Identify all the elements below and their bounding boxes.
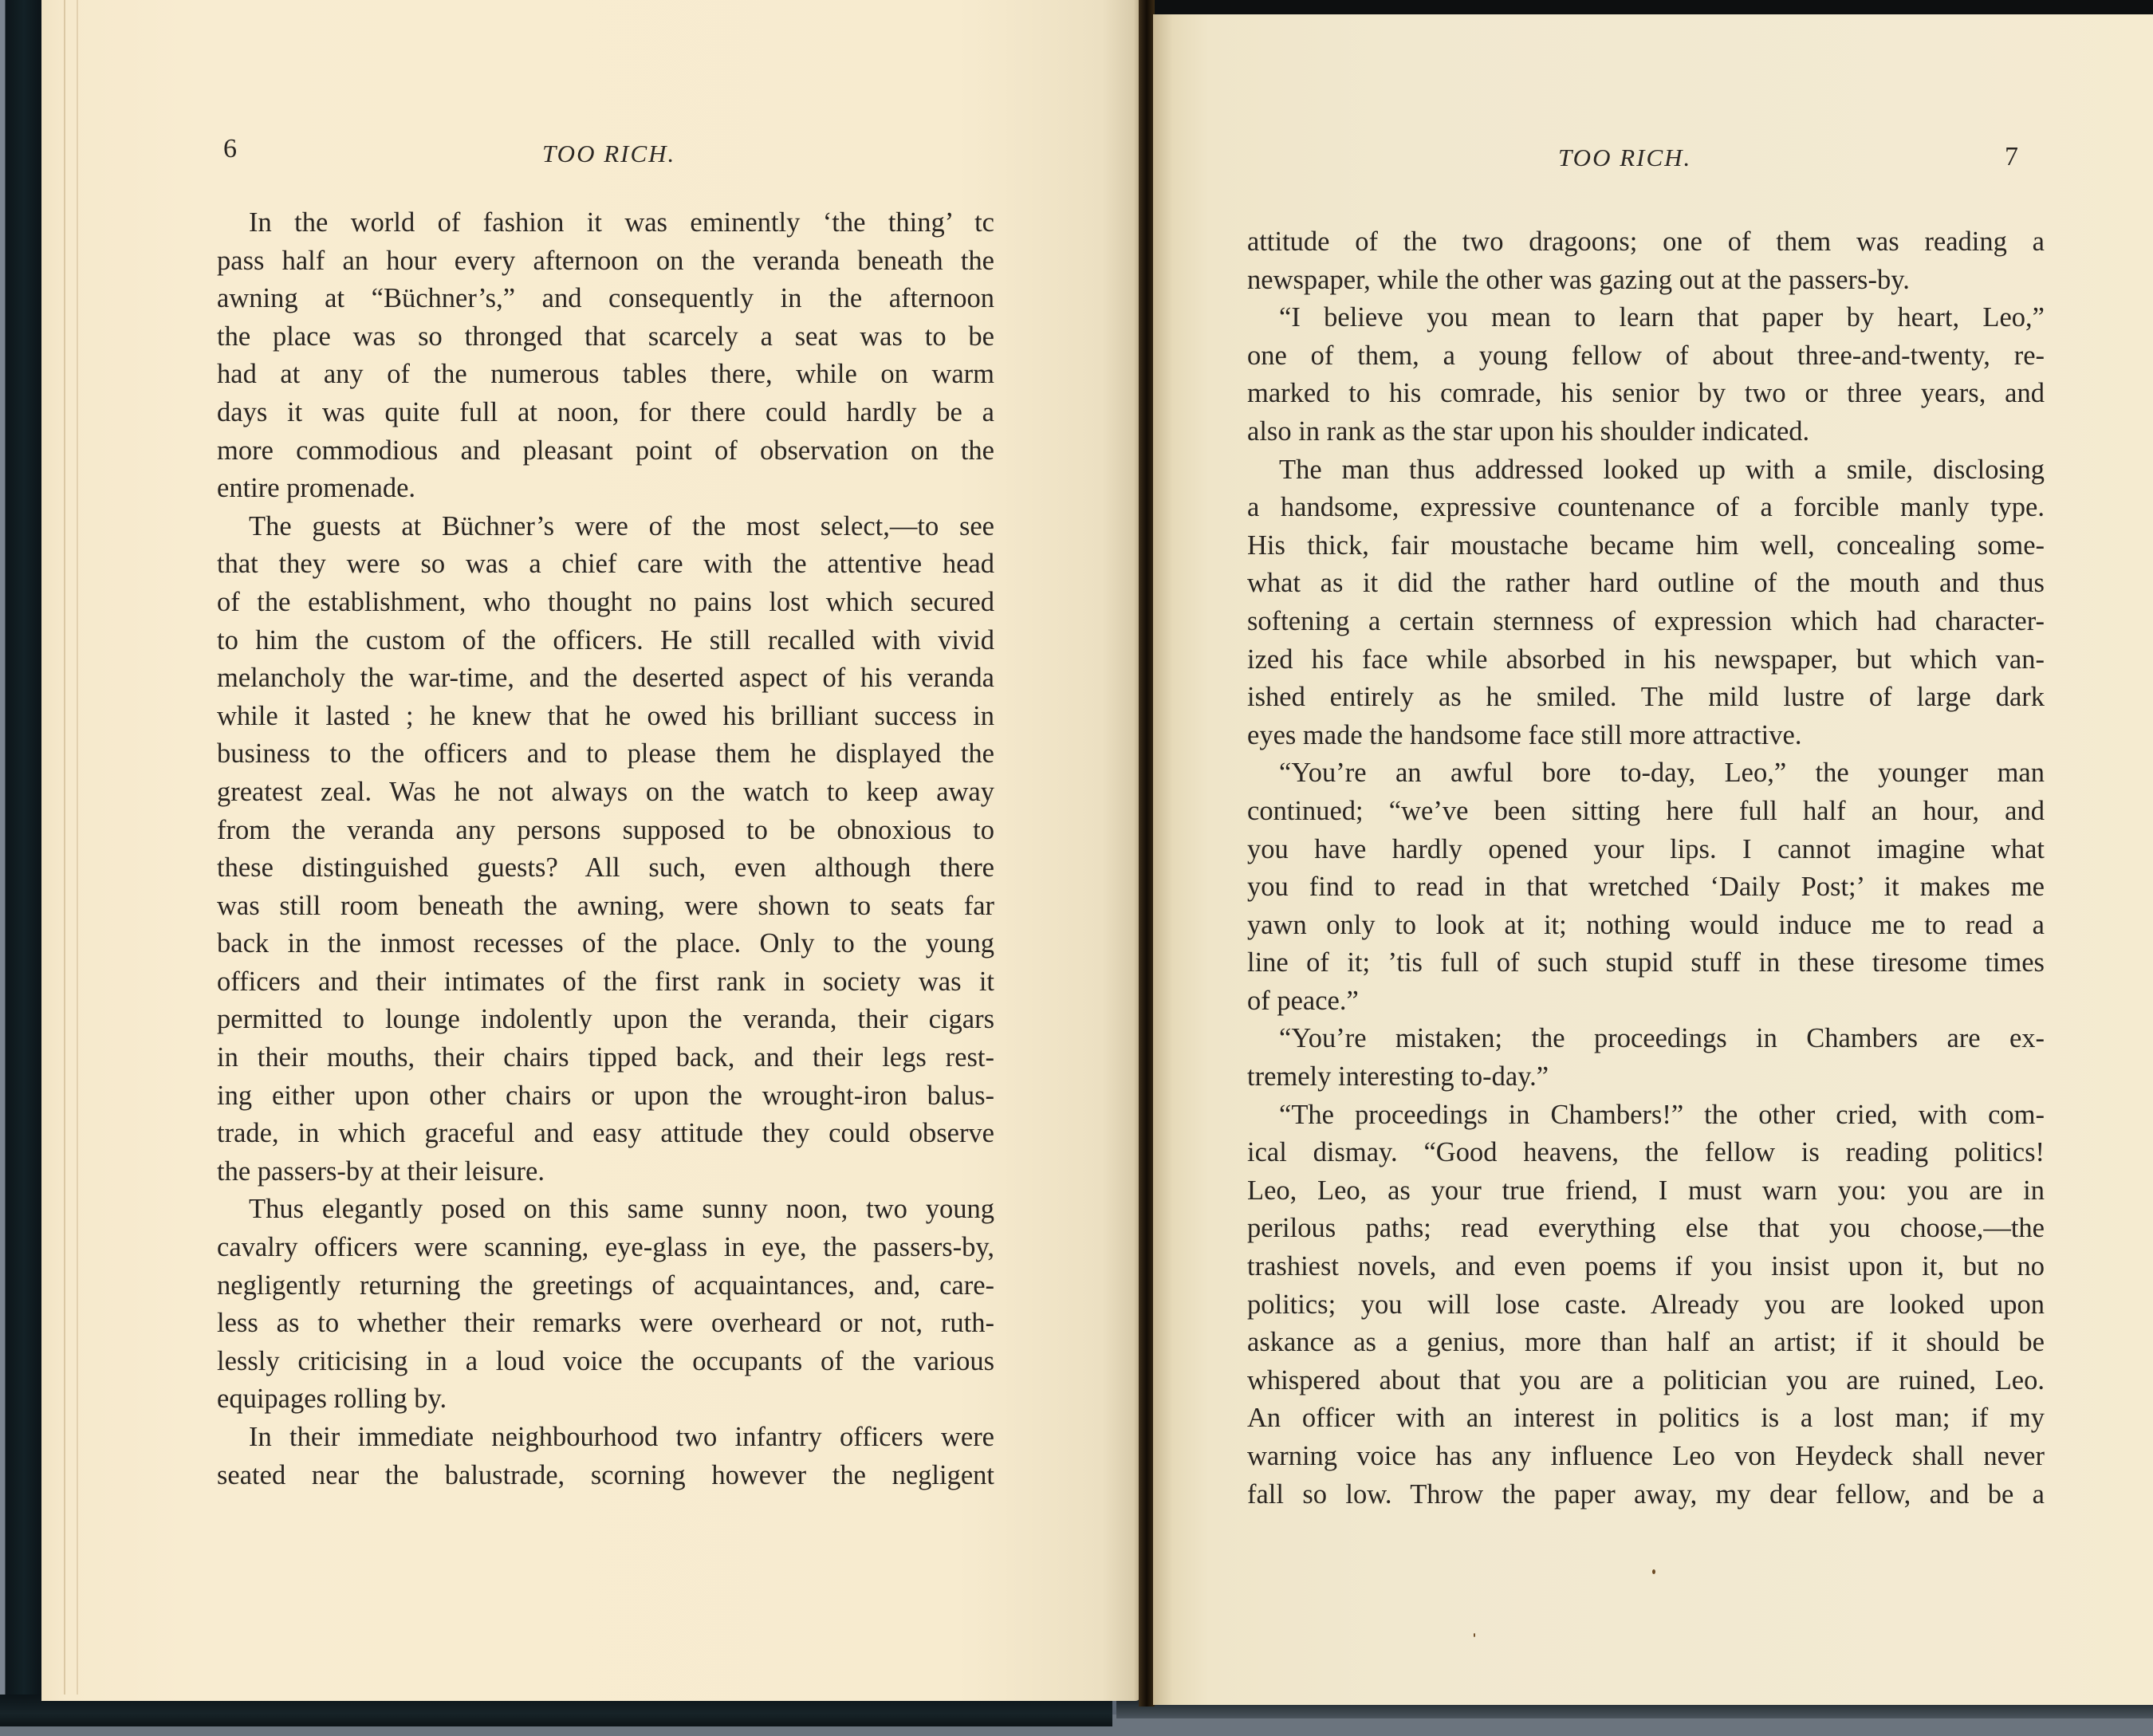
text-line: eyes made the handsome face still more a… <box>1247 717 2045 755</box>
text-line: awning at “Büchner’s,” and consequently … <box>217 280 994 318</box>
text-line: warning voice has any influence Leo von … <box>1247 1438 2045 1476</box>
text-line: more commodious and pleasant point of ob… <box>217 432 994 470</box>
text-line: had at any of the numerous tables there,… <box>217 356 994 394</box>
text-line: ing either upon other chairs or upon the… <box>217 1077 994 1116</box>
text-line: pass half an hour every afternoon on the… <box>217 242 994 281</box>
running-head-left: TOO RICH. <box>542 140 675 168</box>
text-line: back in the inmost recesses of the place… <box>217 925 994 963</box>
text-line: was still room beneath the awning, were … <box>217 888 994 926</box>
text-line: the place was so thronged that scarcely … <box>217 318 994 356</box>
text-line: seated near the balustrade, scorning how… <box>217 1457 994 1495</box>
text-line: newspaper, while the other was gazing ou… <box>1247 262 2045 300</box>
text-line: you have hardly opened your lips. I cann… <box>1247 831 2045 869</box>
text-line: days it was quite full at noon, for ther… <box>217 394 994 432</box>
text-line: The guests at Büchner’s were of the most… <box>217 508 994 546</box>
text-line: lessly criticising in a loud voice the o… <box>217 1343 994 1381</box>
text-line: entire promenade. <box>217 470 994 508</box>
text-line: His thick, fair moustache became him wel… <box>1247 527 2045 565</box>
text-line: “The proceedings in Chambers!” the other… <box>1247 1096 2045 1135</box>
text-line: while it lasted ; he knew that he owed h… <box>217 698 994 736</box>
text-line: in their mouths, their chairs tipped bac… <box>217 1039 994 1077</box>
text-line: softening a certain sternness of express… <box>1247 603 2045 641</box>
text-line: In their immediate neighbourhood two inf… <box>217 1419 994 1457</box>
text-line: perilous paths; read everything else tha… <box>1247 1210 2045 1248</box>
page-number-left: 6 <box>223 134 237 164</box>
text-line: trade, in which graceful and easy attitu… <box>217 1115 994 1153</box>
right-page: TOO RICH. 7 attitude of the two dragoons… <box>1153 14 2153 1705</box>
text-line: officers and their intimates of the firs… <box>217 963 994 1002</box>
text-line: cavalry officers were scanning, eye-glas… <box>217 1229 994 1267</box>
text-line: whispered about that you are a politicia… <box>1247 1362 2045 1400</box>
text-line: of peace.” <box>1247 982 2045 1021</box>
text-line: ished entirely as he smiled. The mild lu… <box>1247 679 2045 717</box>
text-line: “I believe you mean to learn that paper … <box>1247 299 2045 337</box>
text-line: business to the officers and to please t… <box>217 735 994 774</box>
page-number-right: 7 <box>2005 142 2018 172</box>
text-line: politics; you will lose caste. Already y… <box>1247 1286 2045 1325</box>
text-line: Thus elegantly posed on this same sunny … <box>217 1191 994 1229</box>
left-page: 6 TOO RICH. In the world of fashion it w… <box>41 0 1140 1701</box>
text-line: equipages rolling by. <box>217 1380 994 1419</box>
text-line: The man thus addressed looked up with a … <box>1247 451 2045 490</box>
text-line: fall so low. Throw the paper away, my de… <box>1247 1476 2045 1514</box>
text-line: marked to his comrade, his senior by two… <box>1247 375 2045 413</box>
text-line: An officer with an interest in politics … <box>1247 1399 2045 1438</box>
text-line: to him the custom of the officers. He st… <box>217 622 994 660</box>
text-line: you find to read in that wretched ‘Daily… <box>1247 868 2045 907</box>
text-line: less as to whether their remarks were ov… <box>217 1305 994 1343</box>
text-line: tremely interesting to-day.” <box>1247 1058 2045 1096</box>
text-line: also in rank as the star upon his should… <box>1247 413 2045 451</box>
text-line: what as it did the rather hard outline o… <box>1247 565 2045 603</box>
book-cover-edge-left <box>0 0 48 1706</box>
text-line: “You’re mistaken; the proceedings in Cha… <box>1247 1020 2045 1058</box>
text-line: that they were so was a chief care with … <box>217 545 994 584</box>
text-line: from the veranda any persons supposed to… <box>217 812 994 850</box>
right-page-body: attitude of the two dragoons; one of the… <box>1247 223 2045 1514</box>
text-line: a handsome, expressive countenance of a … <box>1247 489 2045 527</box>
text-line: attitude of the two dragoons; one of the… <box>1247 223 2045 262</box>
text-line: of the establishment, who thought no pai… <box>217 584 994 622</box>
text-line: continued; “we’ve been sitting here full… <box>1247 793 2045 831</box>
paper-speck <box>1652 1569 1655 1574</box>
text-line: negligently returning the greetings of a… <box>217 1267 994 1305</box>
book-gutter <box>1139 0 1155 1706</box>
text-line: ical dismay. “Good heavens, the fellow i… <box>1247 1134 2045 1172</box>
text-line: Leo, Leo, as your true friend, I must wa… <box>1247 1172 2045 1210</box>
text-line: In the world of fashion it was eminently… <box>217 204 994 242</box>
text-line: greatest zeal. Was he not always on the … <box>217 774 994 812</box>
text-line: permitted to lounge indolently upon the … <box>217 1001 994 1039</box>
text-line: askance as a genius, more than half an a… <box>1247 1324 2045 1362</box>
text-line: “You’re an awful bore to-day, Leo,” the … <box>1247 754 2045 793</box>
text-line: the passers-by at their leisure. <box>217 1153 994 1191</box>
text-line: one of them, a young fellow of about thr… <box>1247 337 2045 376</box>
scan-top-shadow <box>1100 0 2153 14</box>
text-line: melancholy the war-time, and the deserte… <box>217 659 994 698</box>
text-line: line of it; ’tis full of such stupid stu… <box>1247 944 2045 982</box>
running-head-right: TOO RICH. <box>1558 144 1691 172</box>
paper-speck <box>1474 1633 1475 1637</box>
text-line: trashiest novels, and even poems if you … <box>1247 1248 2045 1286</box>
text-line: ized his face while absorbed in his news… <box>1247 641 2045 679</box>
text-line: these distinguished guests? All such, ev… <box>217 849 994 888</box>
left-page-body: In the world of fashion it was eminently… <box>217 204 994 1494</box>
text-line: yawn only to look at it; nothing would i… <box>1247 907 2045 945</box>
